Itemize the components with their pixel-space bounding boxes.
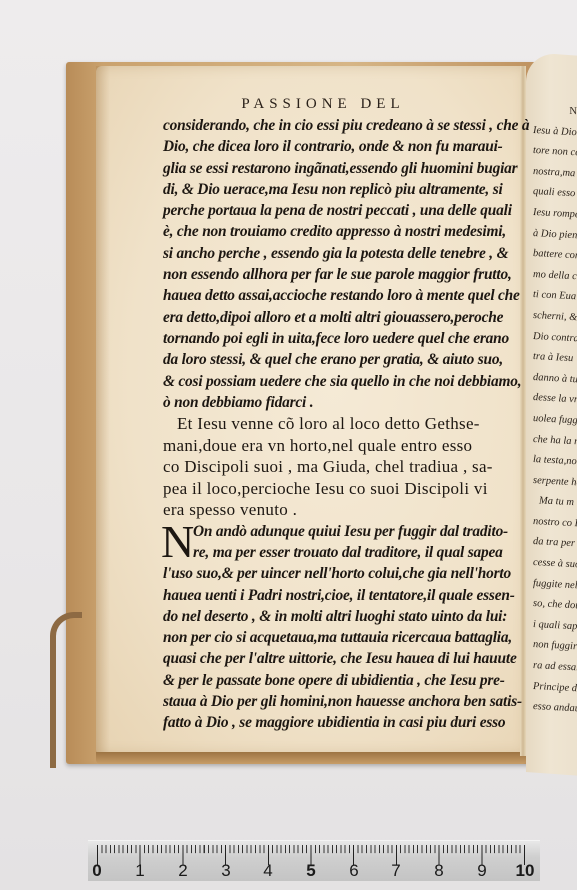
fragment: so, che douess	[533, 594, 577, 617]
roman-line: pea il loco,percioche Iesu co suoi Disci…	[163, 478, 493, 500]
final-paragraph: N On andò adunque quiui Iesu per fuggir …	[163, 521, 493, 734]
fragment: mo della con	[533, 265, 577, 288]
fragment: Dio contra	[533, 327, 577, 350]
fragment: tore non certo	[533, 141, 577, 164]
ruler-label: 6	[349, 861, 358, 881]
fragment: da tra per u	[533, 532, 577, 555]
fragment: à Dio pienam	[533, 224, 577, 247]
roman-line: era spesso venuto .	[163, 499, 493, 521]
text-line: On andò adunque quiui Iesu per fuggir da…	[163, 521, 493, 542]
text-line: si ancho perche , essendo gia la potesta…	[163, 243, 493, 264]
text-line: staua à Dio per gli homini,non hauesse a…	[163, 691, 493, 712]
fragment: desse la vra	[533, 388, 577, 411]
fragment: cesse à suoi ,	[533, 553, 577, 576]
text-line: era detto,dipoi alloro et a molti altri …	[163, 307, 493, 328]
fragment: che ha la n	[533, 430, 577, 453]
fragment: nostro co D	[533, 512, 577, 535]
fragment: tra à Iesu	[533, 347, 577, 370]
scale-ruler: 0 1 2 3 4 5 6 7 8 9 10	[88, 840, 540, 881]
page-fold-edge	[96, 66, 110, 754]
text-line: glia se essi restarono ingãnati,essendo …	[163, 158, 493, 179]
fragment: ti con Eua	[533, 285, 577, 308]
fragment: ra ad essalta	[533, 656, 577, 679]
roman-line: mani,doue era vn horto,nel quale entro e…	[163, 435, 493, 457]
text-line: hauea detto assai,accioche restando loro…	[163, 285, 493, 306]
drop-cap: N	[161, 522, 194, 562]
text-line: hauea uenti i Padri nostri,cioe, il tent…	[163, 585, 493, 606]
ruler-label: 1	[135, 861, 144, 881]
ruler-label: 5	[306, 861, 315, 881]
text-line: ò non debbiamo fidarci .	[163, 392, 493, 413]
ruler-label: 3	[221, 861, 230, 881]
ruler-label: 9	[477, 861, 486, 881]
fragment: i quali sapea	[533, 615, 577, 638]
fragment: serpente ha	[533, 471, 577, 494]
fragment: la testa,non	[533, 450, 577, 473]
ruler-label: 10	[516, 861, 535, 881]
fragment: nostra,ma poi	[533, 162, 577, 185]
text-line: & cosi possiam uedere che sia quello in …	[163, 371, 493, 392]
tie-ribbon	[50, 612, 82, 768]
fragment: Ma tu m	[533, 491, 577, 514]
text-line: quasi che per l'altre uittorie, che Iesu…	[163, 648, 493, 669]
ruler-labels: 0 1 2 3 4 5 6 7 8 9 10	[88, 861, 540, 881]
text-line: re, ma per esser trouato dal traditore, …	[163, 542, 493, 563]
fragment: uolea fugg	[533, 409, 577, 432]
fragment: esso andaua,	[533, 697, 577, 720]
text-line: è, che non trouiamo credito appresso à n…	[163, 221, 493, 242]
roman-line: co Discipoli suoi , ma Giuda, chel tradi…	[163, 456, 493, 478]
fragment: quali esso porta	[533, 182, 577, 205]
ruler-label: 8	[434, 861, 443, 881]
running-head: PASSIONE DEL	[153, 96, 493, 113]
text-line: considerando, che in cio essi piu credea…	[163, 115, 493, 136]
fragment: N	[533, 100, 577, 123]
ruler-label: 0	[92, 861, 101, 881]
fragment: battere conn	[533, 244, 577, 267]
fragment: Iesu rompesse	[533, 203, 577, 226]
book-photograph: PASSIONE DEL considerando, che in cio es…	[0, 0, 577, 890]
right-page-text: N Iesu à Dio non tore non certo nostra,m…	[533, 100, 577, 720]
roman-line: Et Iesu venne cõ loro al loco detto Geth…	[163, 413, 493, 435]
left-page-text: PASSIONE DEL considerando, che in cio es…	[163, 96, 493, 734]
text-line: di, & Dio uerace,ma Iesu non replicò piu…	[163, 179, 493, 200]
fragment: non fuggir d	[533, 635, 577, 658]
text-line: tornando poi egli in uita,fece loro uede…	[163, 328, 493, 349]
text-line: l'uso suo,& per uincer nell'horto colui,…	[163, 563, 493, 584]
text-line: fatto à Dio , se maggiore ubidientia in …	[163, 712, 493, 733]
fragment: fuggite nell'	[533, 574, 577, 597]
ruler-label: 2	[178, 861, 187, 881]
text-line: & per le passate bone opere di ubidienti…	[163, 670, 493, 691]
fragment: Iesu à Dio non	[533, 121, 577, 144]
ruler-label: 4	[263, 861, 272, 881]
text-line: do nel deserto , & in molti altri luoghi…	[163, 606, 493, 627]
text-line: perche portaua la pena de nostri peccati…	[163, 200, 493, 221]
fragment: Principe dell	[533, 677, 577, 700]
book-gutter	[520, 66, 526, 756]
text-line: non essendo allhora per far le sue parol…	[163, 264, 493, 285]
text-line: non per cio si acquetaua,ma tuttauia ric…	[163, 627, 493, 648]
page-bottom-edge	[96, 752, 526, 764]
text-line: da loro stessi, & quel che erano per gra…	[163, 349, 493, 370]
text-line: Dio, che dicea loro il contrario, onde &…	[163, 136, 493, 157]
ruler-label: 7	[391, 861, 400, 881]
fragment: danno à tu	[533, 368, 577, 391]
fragment: scherni, &	[533, 306, 577, 329]
